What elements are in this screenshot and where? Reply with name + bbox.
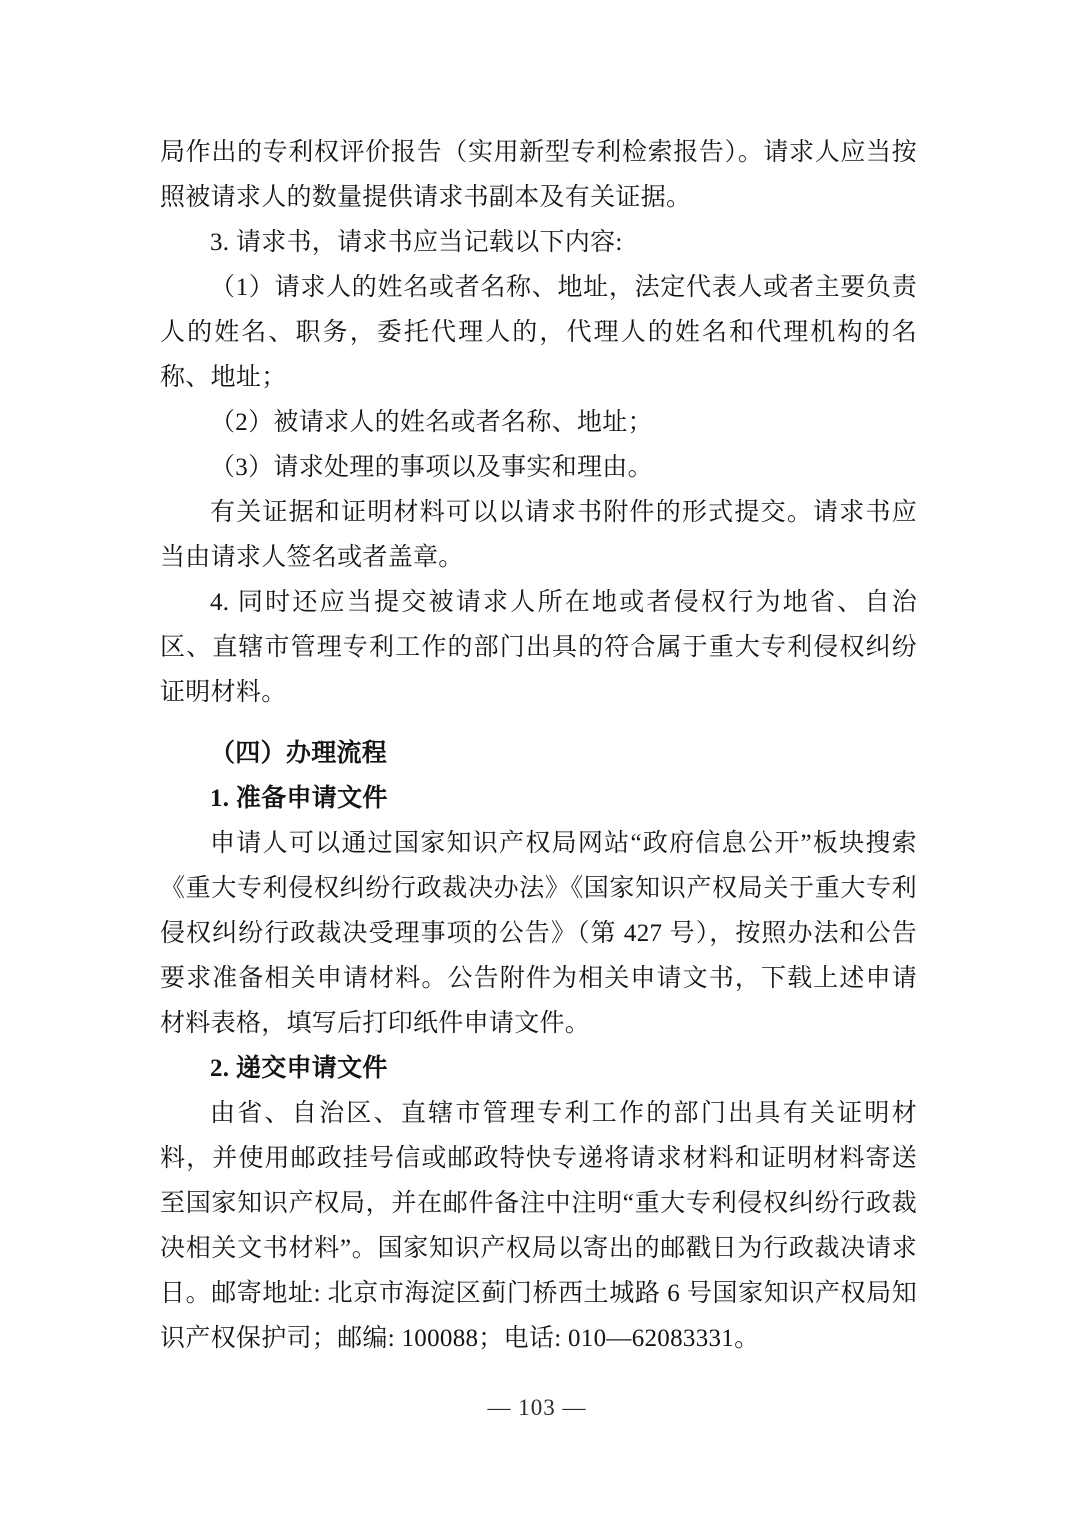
paragraph-submit-instructions: 由省、自治区、直辖市管理专利工作的部门出具有关证明材料，并使用邮政挂号信或邮政特…	[160, 1091, 917, 1361]
paragraph-item-3: 3. 请求书，请求书应当记载以下内容:	[160, 220, 917, 265]
paragraph-item-4: 4. 同时还应当提交被请求人所在地或者侵权行为地省、自治区、直辖市管理专利工作的…	[160, 580, 917, 715]
paragraph-subitem-1: （1）请求人的姓名或者名称、地址，法定代表人或者主要负责人的姓名、职务，委托代理…	[160, 265, 917, 400]
paragraph-subitem-3: （3）请求处理的事项以及事实和理由。	[160, 445, 917, 490]
page-number: — 103 —	[0, 1388, 1074, 1428]
paragraph-subitem-2: （2）被请求人的姓名或者名称、地址；	[160, 400, 917, 445]
paragraph-continuation: 局作出的专利权评价报告（实用新型专利检索报告）。请求人应当按照被请求人的数量提供…	[160, 130, 917, 220]
heading-prepare-application-documents: 1. 准备申请文件	[160, 776, 917, 821]
paragraph-prepare-instructions: 申请人可以通过国家知识产权局网站“政府信息公开”板块搜索《重大专利侵权纠纷行政裁…	[160, 821, 917, 1046]
heading-process-flow: （四）办理流程	[160, 731, 917, 776]
paragraph-evidence-note: 有关证据和证明材料可以以请求书附件的形式提交。请求书应当由请求人签名或者盖章。	[160, 490, 917, 580]
document-page: 局作出的专利权评价报告（实用新型专利检索报告）。请求人应当按照被请求人的数量提供…	[0, 0, 1074, 1520]
heading-submit-application-documents: 2. 递交申请文件	[160, 1046, 917, 1091]
document-body: 局作出的专利权评价报告（实用新型专利检索报告）。请求人应当按照被请求人的数量提供…	[160, 130, 917, 1361]
